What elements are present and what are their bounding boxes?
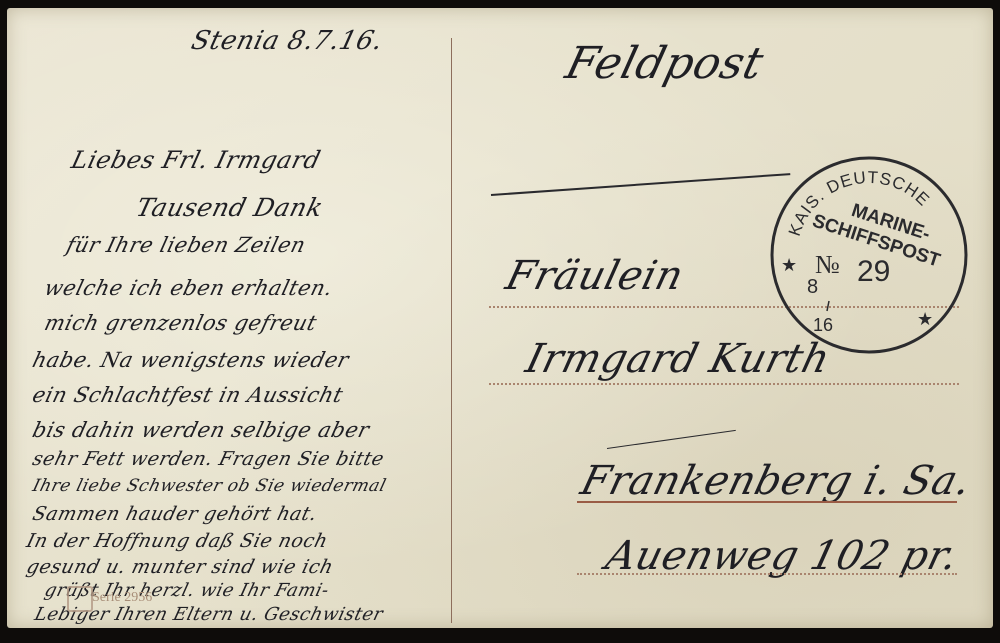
recipient-title: Fräulein bbox=[501, 253, 688, 299]
message-line: gesund u. munter sind wie ich bbox=[24, 556, 335, 578]
message-line: bis dahin werden selbige aber bbox=[30, 418, 372, 442]
postmark-year: 16 bbox=[813, 315, 833, 335]
postmark-number-prefix: № bbox=[815, 250, 840, 279]
postcard: Stenia 8.7.16. Liebes Frl. Irmgard Tause… bbox=[7, 8, 993, 628]
place-date: Stenia 8.7.16. bbox=[188, 26, 386, 56]
message-line: habe. Na wenigstens wieder bbox=[30, 348, 352, 372]
publisher-logo-icon bbox=[67, 586, 93, 612]
recipient-city: Frankenberg i. Sa. bbox=[576, 458, 976, 504]
message-line: Sammen hauder gehört hat. bbox=[30, 503, 319, 525]
address-rule-underline bbox=[577, 501, 957, 503]
center-divider bbox=[451, 38, 452, 623]
star-icon: ★ bbox=[917, 309, 933, 329]
postmark-cancel: KAIS. DEUTSCHE MARINE- SCHIFFSPOST № 29 … bbox=[767, 153, 971, 357]
message-line: welche ich eben erhalten. bbox=[42, 276, 335, 300]
pen-stroke bbox=[491, 173, 790, 196]
feldpost-header: Feldpost bbox=[561, 38, 769, 89]
message-line: für Ihre lieben Zeilen bbox=[64, 233, 308, 257]
message-line: Ihre liebe Schwester ob Sie wiedermal bbox=[31, 476, 389, 496]
message-line: mich grenzenlos gefreut bbox=[42, 311, 319, 335]
address-rule bbox=[489, 383, 959, 385]
postmark-date-separator bbox=[827, 301, 829, 311]
postmark-day: 8 bbox=[807, 276, 818, 298]
message-line: Tausend Dank bbox=[133, 193, 326, 222]
message-line: In der Hoffnung daß Sie noch bbox=[24, 530, 330, 552]
message-line: sehr Fett werden. Fragen Sie bitte bbox=[30, 448, 386, 470]
address-rule bbox=[577, 573, 957, 575]
publisher-mark: Serie 2956 bbox=[92, 590, 152, 606]
postmark-number: 29 bbox=[857, 255, 890, 288]
pen-stroke bbox=[607, 430, 736, 449]
salutation: Liebes Frl. Irmgard bbox=[69, 146, 324, 174]
star-icon: ★ bbox=[781, 255, 797, 275]
message-line: ein Schlachtfest in Aussicht bbox=[30, 383, 346, 407]
